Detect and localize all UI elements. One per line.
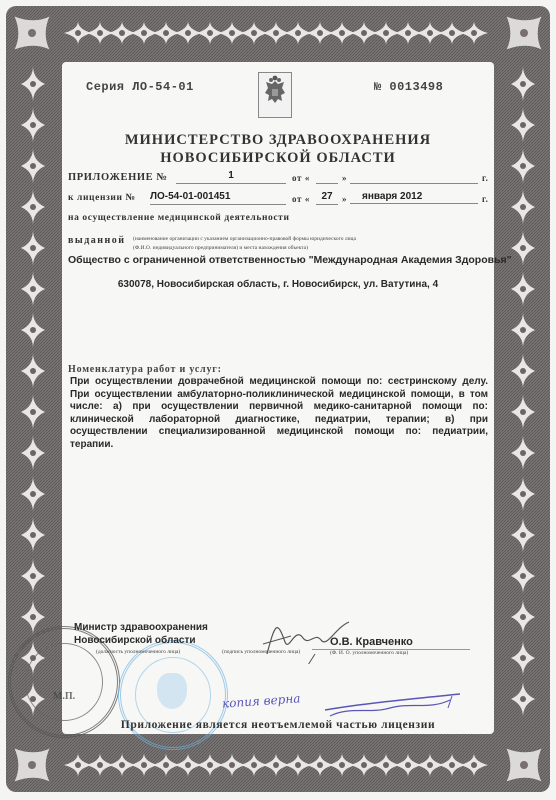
signatory-position-line2: Новосибирской области: [74, 635, 196, 646]
services-text: При осуществлении доврачебной медицинско…: [70, 376, 488, 452]
signatory-position-line1: Министр здравоохранения: [74, 622, 208, 633]
appendix-month-year: [350, 170, 478, 184]
ministry-title-line1: МИНИСТЕРСТВО ЗДРАВООХРАНЕНИЯ: [62, 132, 494, 149]
stamp-mark: М.П.: [11, 691, 117, 702]
ministry-title-line2: НОВОСИБИРСКОЙ ОБЛАСТИ: [62, 150, 494, 167]
appendix-number: 1: [176, 170, 286, 184]
blue-stamp: [118, 640, 228, 750]
license-from-label: от «: [292, 194, 310, 204]
issued-hint-line1: (наименование организации с указанием ор…: [133, 236, 356, 242]
signatory-name: О.В. Кравченко: [330, 636, 413, 648]
activity-type: на осуществление медицинской деятельност…: [68, 213, 290, 223]
license-day: 27: [316, 191, 338, 205]
position-caption: (должность уполномоченного лица): [96, 649, 180, 655]
license-from-close: »: [342, 194, 347, 204]
organization-address: 630078, Новосибирская область, г. Новоси…: [62, 279, 494, 290]
organization-name: Общество с ограниченной ответственностью…: [68, 254, 492, 266]
coat-of-arms-icon: [258, 72, 292, 118]
appendix-footer-note: Приложение является неотъемлемой частью …: [62, 719, 494, 731]
name-caption: (Ф. И. О. уполномоченного лица): [330, 650, 408, 656]
appendix-year-suffix: г.: [482, 173, 489, 183]
issued-label: выданной: [68, 235, 126, 246]
signature-caption: (подпись уполномоченного лица): [222, 649, 300, 655]
license-label: к лицензии №: [68, 193, 136, 203]
issued-hint-line2: (Ф.И.О. индивидуального предпринимателя)…: [133, 245, 308, 251]
license-ref-number: ЛО-54-01-001451: [150, 191, 286, 205]
license-month-year: января 2012: [350, 191, 478, 204]
appendix-from-label: от «: [292, 173, 310, 183]
license-year-suffix: г.: [482, 194, 489, 204]
license-number: № 0013498: [374, 80, 443, 94]
services-heading: Номенклатура работ и услуг:: [68, 364, 222, 375]
appendix-day: [316, 170, 338, 184]
certification-signature: [320, 690, 470, 720]
license-series: Серия ЛО-54-01: [86, 80, 194, 94]
appendix-label: ПРИЛОЖЕНИЕ №: [68, 172, 168, 183]
appendix-from-close: »: [342, 173, 347, 183]
